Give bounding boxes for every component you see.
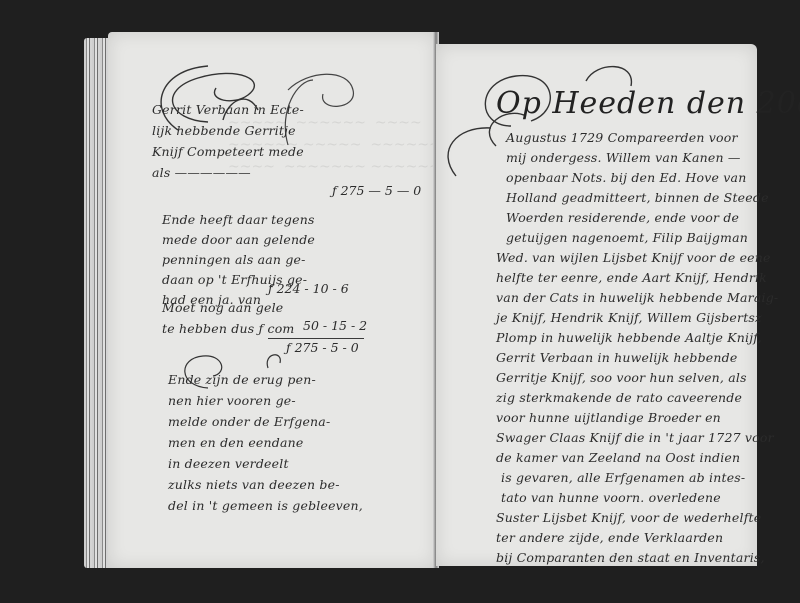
text-line: nen hier vooren ge- [168, 393, 363, 408]
text-line: te hebben dus ƒ com [162, 321, 295, 336]
text-line: Gerrit Verbaan in huwelijk hebbende [496, 350, 778, 365]
entry-heading: Op Heeden den 20e [496, 86, 800, 121]
text-line: helfte ter eenre, ende Aart Knijf, Hendr… [496, 270, 778, 285]
text-line: Gerritje Knijf, soo voor hun selven, als [496, 370, 778, 385]
text-line: Augustus 1729 Compareerden voor [506, 130, 778, 145]
text-line: openbaar Nots. bij den Ed. Hove van [506, 170, 778, 185]
text-line: is gevaren, alle Erfgenamen ab intes- [501, 470, 778, 485]
text-line: Plomp in huwelijk hebbende Aaltje Knijf, [496, 330, 778, 345]
text-line: Holland geadmitteert, binnen de Steede [506, 190, 778, 205]
text-line: mede door aan gelende [162, 232, 315, 247]
text-line: de kamer van Zeeland na Oost indien [496, 450, 778, 465]
text-line: Suster Lijsbet Knijf, voor de wederhelft… [496, 510, 778, 525]
text-line: Wed. van wijlen Lijsbet Knijf voor de ee… [496, 250, 778, 265]
open-ledger-book: ~~~~~ ~~~~~~ ~~~~ ~~~~~~ ~~~~~ ~~~~~~~ ~… [0, 0, 800, 603]
text-line: voor hunne uijtlandige Broeder en [496, 410, 778, 425]
text-line: mij ondergess. Willem van Kanen — [506, 150, 778, 165]
text-line: Knijf Competeert mede [152, 144, 304, 159]
text-line: Ende zijn de erug pen- [168, 372, 363, 387]
text-line: penningen als aan ge- [162, 252, 315, 267]
amount-entry-3: 50 - 15 - 2 [303, 318, 367, 333]
left-entry-3: Moet nog aan gele te hebben dus ƒ com [162, 300, 295, 336]
text-line: ter andere zijde, ende Verklaarden [496, 530, 778, 545]
right-page: Op Heeden den 20e Augustus 1729 Comparee… [436, 44, 757, 566]
text-line: Swager Claas Knijf die in 't jaar 1727 v… [496, 430, 778, 445]
text-line: Ende heeft daar tegens [162, 212, 315, 227]
text-line: Moet nog aan gele [162, 300, 295, 315]
text-line: del in 't gemeen is gebleeven, [168, 498, 363, 513]
amount-total: ƒ 275 - 5 - 0 [286, 340, 359, 355]
text-line: als —————— [152, 165, 304, 180]
text-line: bij Comparanten den staat en Inventaris, [496, 550, 778, 565]
text-line: in deezen verdeelt [168, 456, 363, 471]
text-line: melde onder de Erfgena- [168, 414, 363, 429]
left-page: ~~~~~ ~~~~~~ ~~~~ ~~~~~~ ~~~~~ ~~~~~~~ ~… [108, 32, 436, 568]
text-line: je Knijf, Hendrik Knijf, Willem Gijsbert… [496, 310, 778, 325]
text-line: lijk hebbende Gerritje [152, 123, 304, 138]
text-line: men en den eendane [168, 435, 363, 450]
left-entry-4: Ende zijn de erug pen- nen hier vooren g… [168, 372, 363, 513]
sum-rule [268, 338, 364, 339]
text-line: Gerrit Verbaan in Ecte- [152, 102, 304, 117]
text-line: van der Cats in huwelijk hebbende Maraig… [496, 290, 778, 305]
text-line: Woerden residerende, ende voor de [506, 210, 778, 225]
left-entry-1: Gerrit Verbaan in Ecte- lijk hebbende Ge… [152, 102, 304, 180]
text-line: zulks niets van deezen be- [168, 477, 363, 492]
right-entry-body: Augustus 1729 Compareerden voor mij onde… [476, 130, 778, 565]
text-line: tato van hunne voorn. overledene [501, 490, 778, 505]
amount-entry-2: ƒ 224 - 10 - 6 [268, 281, 349, 296]
text-line: getuijgen nagenoemt, Filip Baijgman [506, 230, 778, 245]
amount-entry-1: ƒ 275 — 5 — 0 [332, 183, 421, 198]
text-line: zig sterkmakende de rato caveerende [496, 390, 778, 405]
